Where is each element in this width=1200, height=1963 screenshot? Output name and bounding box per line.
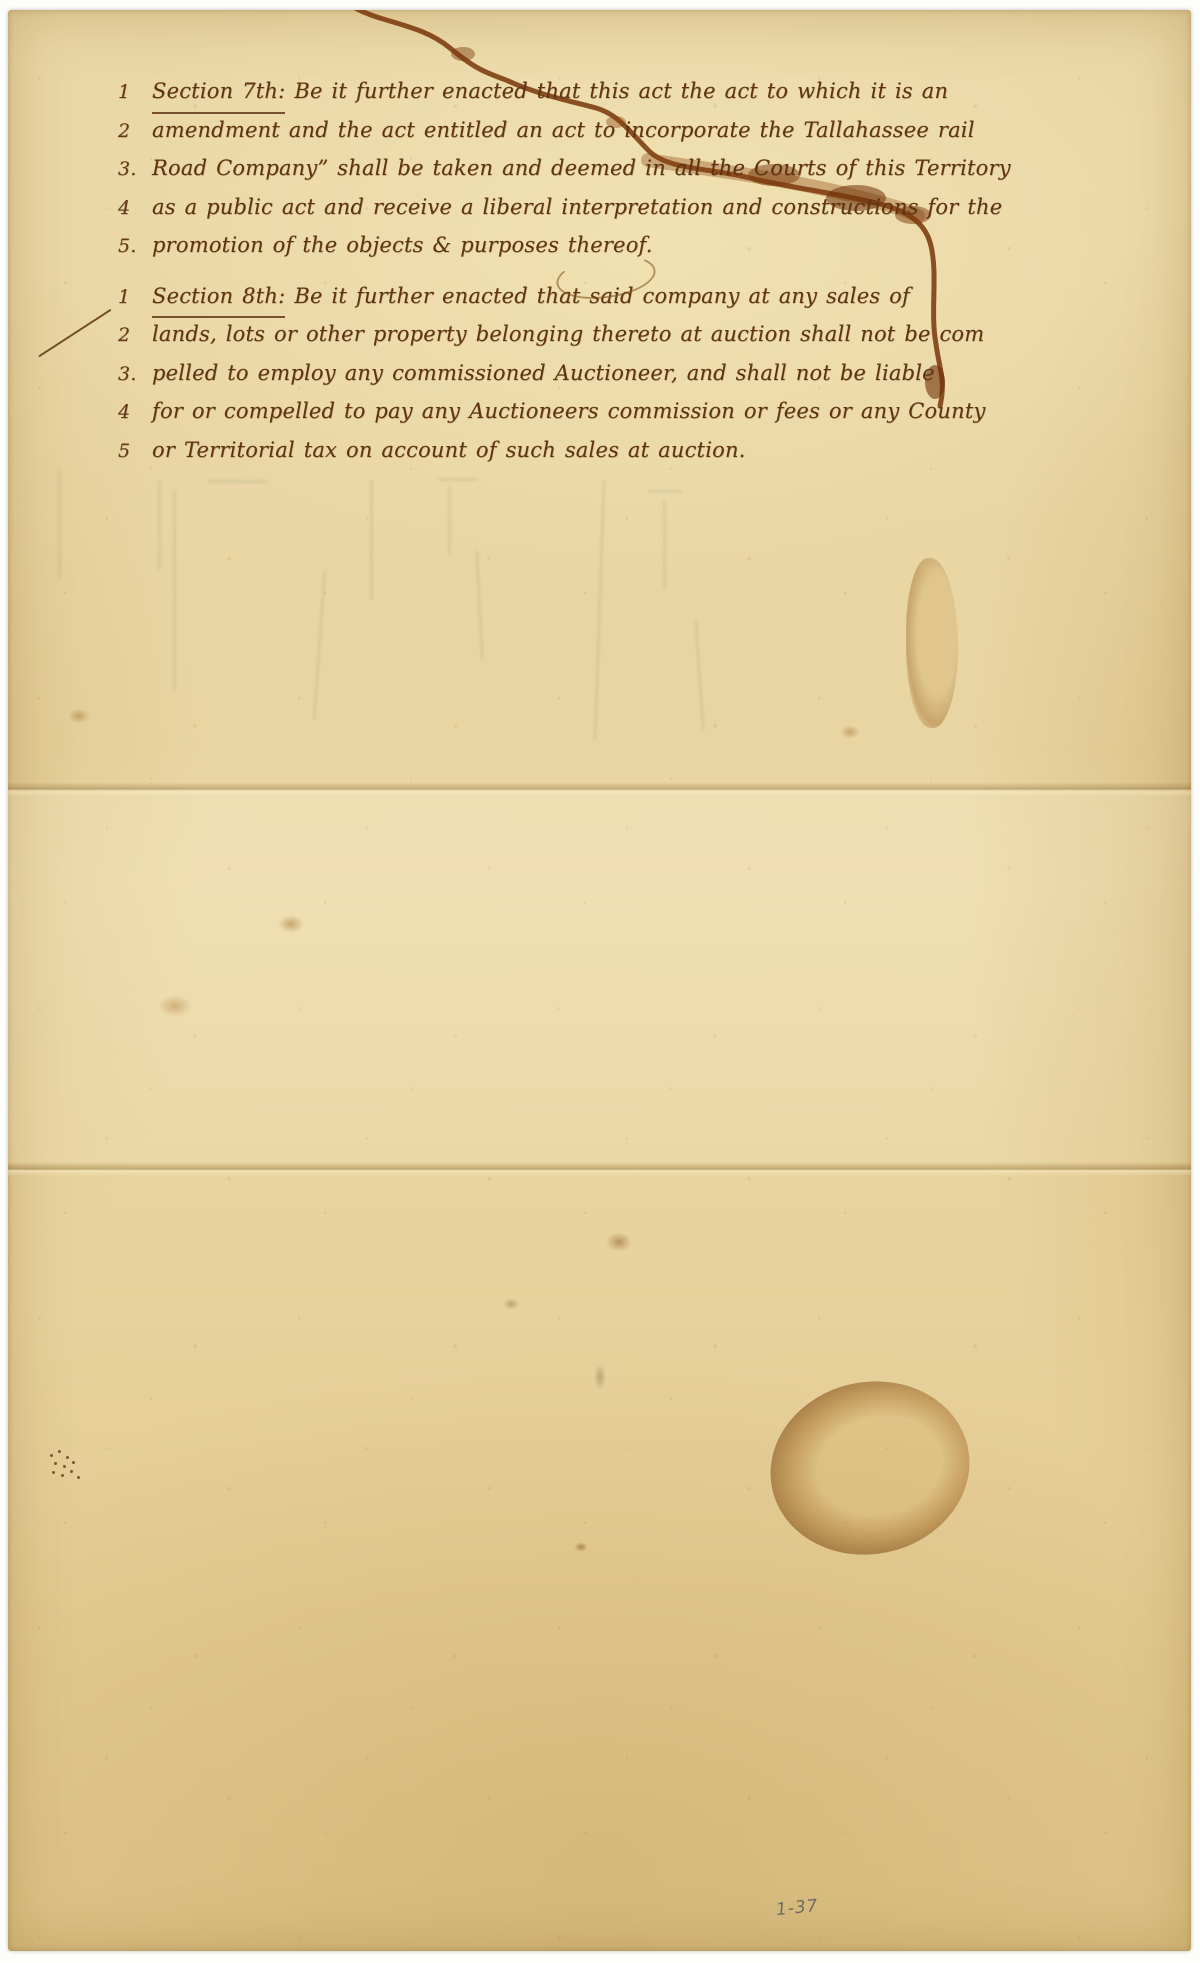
fox-spot bbox=[503, 1298, 519, 1310]
line-number: 3. bbox=[118, 355, 152, 394]
ink-speckle-cluster bbox=[48, 1450, 88, 1484]
manuscript-line: 5. promotion of the objects & purposes t… bbox=[118, 226, 1011, 265]
fox-spot bbox=[594, 1364, 606, 1390]
line-text: Be it further enacted that this act the … bbox=[294, 72, 948, 111]
manuscript-line: 2 lands, lots or other property belongin… bbox=[118, 315, 1011, 354]
scanned-document-frame: 1 Section 7th: Be it further enacted tha… bbox=[0, 0, 1200, 1963]
manuscript-line: 5 or Territorial tax on account of such … bbox=[118, 431, 1011, 470]
line-number: 2 bbox=[118, 316, 152, 355]
fox-spot bbox=[606, 1232, 632, 1252]
fox-spot bbox=[840, 725, 860, 739]
line-text: pelled to employ any commissioned Auctio… bbox=[152, 354, 935, 393]
fox-spot bbox=[68, 708, 90, 724]
manuscript-line: 3. Road Company” shall be taken and deem… bbox=[118, 149, 1011, 188]
line-text: Road Company” shall be taken and deemed … bbox=[152, 149, 1011, 188]
line-text: lands, lots or other property belonging … bbox=[152, 315, 984, 354]
line-number: 5 bbox=[118, 432, 152, 471]
manuscript-line: 4 as a public act and receive a liberal … bbox=[118, 188, 1011, 227]
manuscript-line: 3. pelled to employ any commissioned Auc… bbox=[118, 354, 1011, 393]
line-number: 1 bbox=[118, 278, 152, 317]
line-number: 3. bbox=[118, 150, 152, 189]
line-number: 4 bbox=[118, 393, 152, 432]
manuscript-line: 1 Section 7th: Be it further enacted tha… bbox=[118, 72, 1011, 111]
line-number: 1 bbox=[118, 73, 152, 112]
line-text: or Territorial tax on account of such sa… bbox=[152, 431, 746, 470]
manuscript-line: 4 for or compelled to pay any Auctioneer… bbox=[118, 392, 1011, 431]
section-heading: Section 8th: bbox=[152, 277, 285, 319]
line-text: as a public act and receive a liberal in… bbox=[152, 188, 1002, 227]
section-heading: Section 7th: bbox=[152, 72, 285, 114]
line-text: promotion of the objects & purposes ther… bbox=[152, 226, 653, 265]
fox-spot bbox=[278, 915, 304, 933]
line-text: amendment and the act entitled an act to… bbox=[152, 111, 975, 150]
line-text: for or compelled to pay any Auctioneers … bbox=[152, 392, 986, 431]
manuscript-line: 2 amendment and the act entitled an act … bbox=[118, 111, 1011, 150]
fox-spot bbox=[574, 1542, 588, 1552]
line-number: 5. bbox=[118, 227, 152, 266]
line-number: 2 bbox=[118, 112, 152, 151]
line-number: 4 bbox=[118, 189, 152, 228]
aged-paper-sheet: 1 Section 7th: Be it further enacted tha… bbox=[8, 10, 1191, 1951]
fox-spot bbox=[158, 995, 192, 1017]
